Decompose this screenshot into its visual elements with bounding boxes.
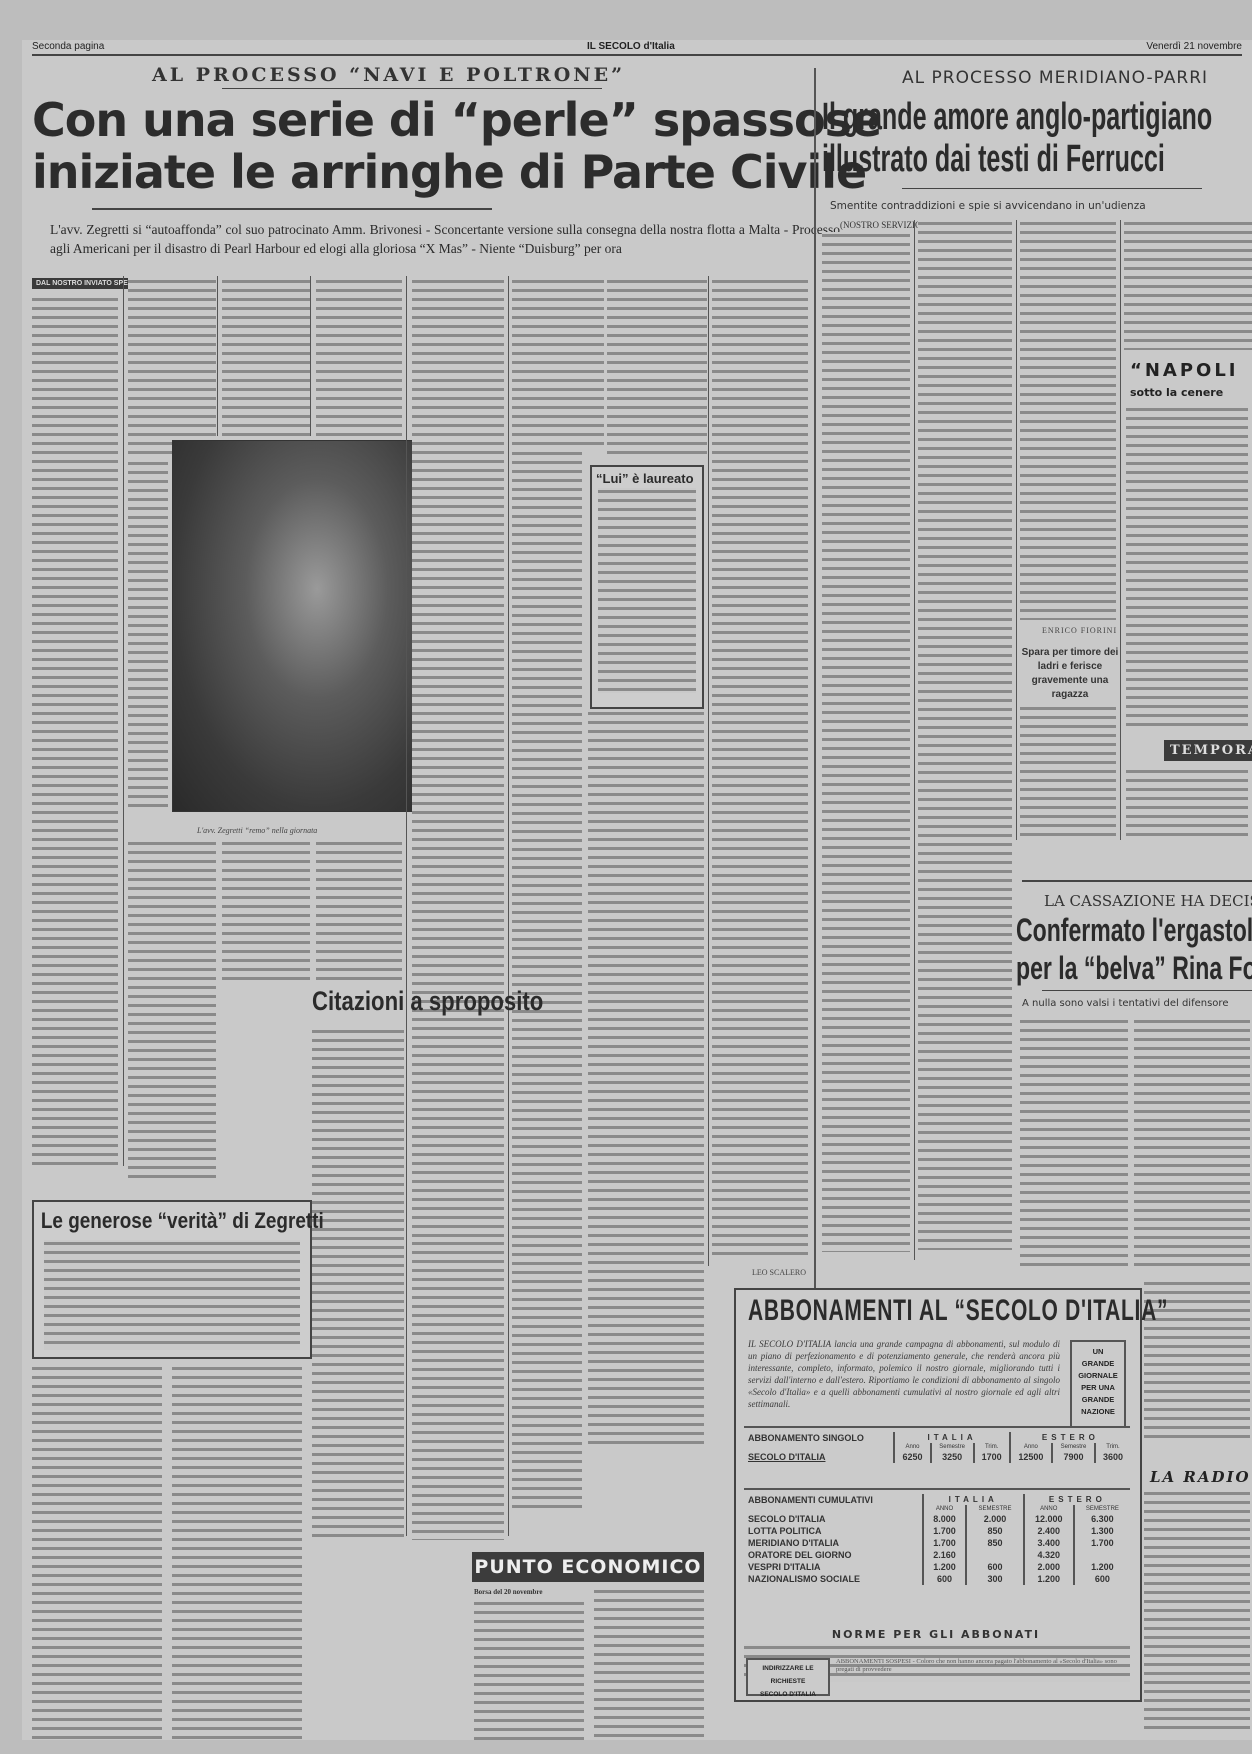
lead-column-7-top [607, 278, 707, 458]
period-header: Trim. [1095, 1443, 1130, 1451]
price-cell: 2.160 [923, 1549, 966, 1561]
table-row: ORATORE DEL GIORNO2.1604.320 [744, 1549, 1130, 1561]
price-cell: 1.300 [1074, 1525, 1130, 1537]
price-cell: 2.400 [1024, 1525, 1074, 1537]
cassazione-headline-1: Confermato l'ergastolo [1016, 912, 1252, 949]
column-rule [123, 276, 124, 1166]
column-rule [310, 276, 311, 436]
meridiano-column-3 [1020, 220, 1116, 620]
punto-column-1 [474, 1600, 584, 1740]
divider [744, 1488, 1130, 1490]
citazioni-headline: Citazioni a sproposito [312, 986, 543, 1017]
price-cell: 12.000 [1024, 1513, 1074, 1525]
rules-box-line: SECOLO D'ITALIA [748, 1688, 828, 1701]
lead-column-7 [588, 710, 704, 1450]
group-italia: ITALIA [923, 1494, 1024, 1505]
period-header: SEMESTRE [1074, 1505, 1130, 1513]
price-cell: 2.000 [966, 1513, 1023, 1525]
meridiano-kicker: AL PROCESSO MERIDIANO-PARRI [902, 68, 1208, 88]
price-cell [966, 1549, 1023, 1561]
lead-column-2-top [128, 278, 216, 458]
date-label: Venerdì 21 novembre [1146, 41, 1242, 52]
rules-box-line: INDIRIZZARE LE RICHIESTE [748, 1662, 828, 1688]
radio-heading: LA RADIO [1150, 1468, 1251, 1486]
lead-kicker: AL PROCESSO “NAVI E POLTRONE” [152, 64, 625, 86]
napoli-headline: “NAPOLI [1130, 360, 1239, 381]
lead-column-1 [32, 296, 118, 1166]
price-cell: 300 [966, 1573, 1023, 1585]
row-name: LOTTA POLITICA [744, 1525, 923, 1537]
meridiano-headline-1: Il grande amore anglo-partigiano [822, 96, 1212, 139]
subscriptions-box: ABBONAMENTI AL “SECOLO D'ITALIA” IL SECO… [734, 1288, 1142, 1702]
lead-column-6 [512, 450, 582, 1510]
cassazione-top-rule [1022, 880, 1252, 882]
rules-address-box: INDIRIZZARE LE RICHIESTE SECOLO D'ITALIA [746, 1658, 830, 1696]
table-row: VESPRI D'ITALIA1.2006002.0001.200 [744, 1561, 1130, 1573]
meridiano-headline-2: illustrato dai testi di Ferrucci [822, 138, 1165, 181]
period-header: Anno [1010, 1443, 1052, 1451]
ladri-headline: Spara per timore dei ladri e ferisce gra… [1020, 646, 1120, 702]
row-name: SECOLO D'ITALIA [744, 1451, 894, 1463]
price-cell: 2.000 [1024, 1561, 1074, 1573]
rules-tail: ABBONAMENTI SOSPESI - Coloro che non han… [836, 1658, 1130, 1692]
column-rule [708, 276, 709, 1266]
cassazione-rule [1042, 990, 1252, 991]
meridiano-column-1 [822, 232, 910, 1252]
punto-economico-banner: PUNTO ECONOMICO [472, 1552, 704, 1582]
table-row: NAZIONALISMO SOCIALE6003001.200600 [744, 1573, 1130, 1585]
napoli-column [1126, 406, 1248, 726]
signature: LEO SCALERO [752, 1268, 806, 1277]
group-italia: ITALIA [894, 1432, 1009, 1443]
temporali-column [1126, 768, 1248, 838]
story-divider [814, 68, 816, 1298]
price-cell: 600 [923, 1573, 966, 1585]
photo-zegretti [172, 440, 414, 812]
single-label: ABBONAMENTO SINGOLO [744, 1432, 894, 1451]
cumulative-label: ABBONAMENTI CUMULATIVI [744, 1494, 923, 1513]
price-cell [1074, 1549, 1130, 1561]
cassazione-column-2 [1134, 1018, 1250, 1268]
table-row: MERIDIANO D'ITALIA1.7008503.4001.700 [744, 1537, 1130, 1549]
column-rule [508, 276, 509, 1536]
cassazione-headline-2: per la “belva” Rina Fort [1016, 950, 1252, 987]
lead-column-3-bottom [222, 840, 310, 980]
lead-column-6-top [512, 278, 604, 448]
column-rule [217, 276, 218, 436]
masthead-small: IL SECOLO d'Italia [587, 41, 675, 52]
period-header: Semestre [1052, 1443, 1095, 1451]
group-estero: ESTERO [1010, 1432, 1130, 1443]
price-cell: 6.300 [1074, 1513, 1130, 1525]
price-cell: 6250 [894, 1451, 930, 1463]
meridiano-rule [902, 188, 1202, 189]
laureato-box: “Lui” è laureato [590, 465, 704, 709]
price-cell: 1.200 [923, 1561, 966, 1573]
lead-headline-1: Con una serie di “perle” spassose [32, 96, 881, 144]
period-header: ANNO [923, 1505, 966, 1513]
cassazione-subhead: A nulla sono valsi i tentativi del difen… [1022, 998, 1228, 1009]
price-cell: 1700 [974, 1451, 1010, 1463]
price-cell: 8.000 [923, 1513, 966, 1525]
headline-rule [92, 208, 492, 210]
table-row: SECOLO D'ITALIA8.0002.00012.0006.300 [744, 1513, 1130, 1525]
meridiano-subhead: Smentite contraddizioni e spie si avvice… [830, 200, 1146, 212]
photo-caption: L'avv. Zegretti “remo” nella giornata [197, 826, 317, 835]
slogan-box: UN GRANDE GIORNALE PER UNA GRANDE NAZION… [1070, 1340, 1126, 1428]
right-column-top [1124, 220, 1252, 350]
citazioni-column-2 [412, 1240, 504, 1540]
row-name: SECOLO D'ITALIA [744, 1513, 923, 1525]
cassazione-column-1 [1020, 1018, 1128, 1268]
column-rule [914, 220, 915, 1260]
punto-column-2 [594, 1588, 704, 1738]
price-cell: 850 [966, 1525, 1023, 1537]
column-rule [1016, 220, 1017, 840]
lead-subhead: L'avv. Zegretti si “autoaffonda” col suo… [50, 220, 840, 258]
lead-column-4-bottom [316, 840, 402, 980]
newspaper-page: Seconda pagina IL SECOLO d'Italia Venerd… [22, 40, 1252, 1740]
price-cell: 1.700 [923, 1525, 966, 1537]
subscriptions-intro: IL SECOLO D'ITALIA lancia una grande cam… [748, 1338, 1060, 1410]
napoli-subhead: sotto la cenere [1130, 386, 1223, 399]
price-cell: 7900 [1052, 1451, 1095, 1463]
row-name: MERIDIANO D'ITALIA [744, 1537, 923, 1549]
subscriptions-title: ABBONAMENTI AL “SECOLO D'ITALIA” [748, 1294, 1168, 1328]
lower-column-1 [32, 1365, 162, 1740]
slogan-line: GRANDE [1072, 1394, 1124, 1406]
single-subscription-table: ABBONAMENTO SINGOLO ITALIA ESTERO Anno S… [744, 1432, 1130, 1463]
price-cell: 3600 [1095, 1451, 1130, 1463]
row-name: ORATORE DEL GIORNO [744, 1549, 923, 1561]
meridiano-column-2 [918, 220, 1012, 1250]
price-cell: 850 [966, 1537, 1023, 1549]
lead-column-4-top [316, 278, 402, 458]
price-cell: 1.200 [1074, 1561, 1130, 1573]
temporali-banner: TEMPORALI [1164, 740, 1252, 761]
citazioni-column-1 [312, 1028, 404, 1538]
zegretti-box-title: Le generose “verità” di Zegretti [34, 1202, 271, 1236]
price-cell: 600 [966, 1561, 1023, 1573]
slogan-line: NAZIONE [1072, 1406, 1124, 1418]
group-estero: ESTERO [1024, 1494, 1130, 1505]
price-cell: 12500 [1010, 1451, 1052, 1463]
zegretti-box-text [44, 1240, 300, 1350]
price-cell: 3250 [931, 1451, 974, 1463]
folio-bar: Seconda pagina IL SECOLO d'Italia Venerd… [32, 40, 1242, 56]
zegretti-box: Le generose “verità” di Zegretti [32, 1200, 312, 1359]
lead-column-2 [128, 460, 168, 810]
laureato-text [598, 488, 696, 693]
price-cell: 1.200 [1024, 1573, 1074, 1585]
period-header: Anno [894, 1443, 930, 1451]
meridiano-signature: ENRICO FIORINI [1042, 626, 1117, 635]
slogan-line: UN [1072, 1346, 1124, 1358]
rules-title: NORME PER GLI ABBONATI [736, 1628, 1136, 1641]
page-label: Seconda pagina [32, 41, 104, 52]
lead-headline-2: iniziate le arringhe di Parte Civile [32, 148, 866, 196]
laureato-title: “Lui” è laureato [592, 467, 702, 488]
lower-column-2 [172, 1365, 302, 1740]
radio-column [1144, 1490, 1250, 1730]
row-name: VESPRI D'ITALIA [744, 1561, 923, 1573]
ladri-column [1020, 705, 1116, 840]
lead-column-8 [712, 278, 808, 1258]
price-cell: 600 [1074, 1573, 1130, 1585]
column-rule [406, 276, 407, 1536]
table-row: LOTTA POLITICA1.7008502.4001.300 [744, 1525, 1130, 1537]
kicker-rule [222, 88, 602, 89]
cassazione-kicker: LA CASSAZIONE HA DECISO [1044, 892, 1252, 910]
lead-column-2-bottom [128, 840, 216, 1180]
slogan-line: PER UNA [1072, 1382, 1124, 1394]
lead-column-5 [412, 278, 504, 1238]
row-name: NAZIONALISMO SOCIALE [744, 1573, 923, 1585]
borsa-dateline: Borsa del 20 novembre [474, 1588, 543, 1596]
price-cell: 3.400 [1024, 1537, 1074, 1549]
period-header: Semestre [931, 1443, 974, 1451]
column-rule [1120, 220, 1121, 840]
meridiano-byline: (NOSTRO SERVIZIO) [840, 220, 925, 230]
lead-column-3-top [222, 278, 310, 458]
slogan-line: GRANDE [1072, 1358, 1124, 1370]
divider [744, 1426, 1130, 1428]
cumulative-subscription-table: ABBONAMENTI CUMULATIVI ITALIA ESTERO ANN… [744, 1494, 1130, 1585]
price-cell: 4.320 [1024, 1549, 1074, 1561]
period-header: ANNO [1024, 1505, 1074, 1513]
period-header: SEMESTRE [966, 1505, 1023, 1513]
slogan-line: GIORNALE [1072, 1370, 1124, 1382]
period-header: Trim. [974, 1443, 1010, 1451]
price-cell: 1.700 [923, 1537, 966, 1549]
price-cell: 1.700 [1074, 1537, 1130, 1549]
